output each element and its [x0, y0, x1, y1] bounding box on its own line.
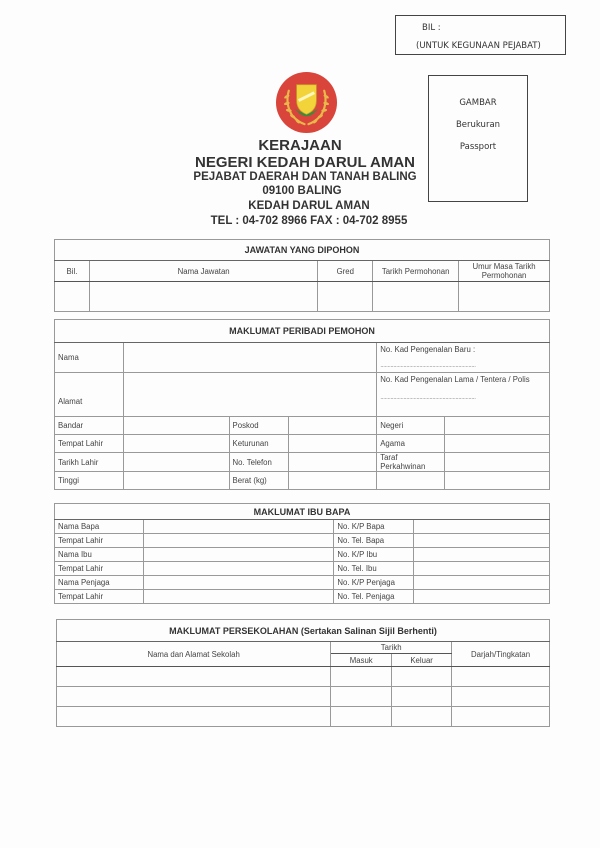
peribadi-table: MAKLUMAT PERIBADI PEMOHON Nama No. Kad P…	[54, 319, 550, 490]
input-masuk-2[interactable]	[331, 687, 392, 707]
label-nama: Nama	[55, 343, 124, 373]
input-taraf-perkahwinan[interactable]	[445, 453, 550, 472]
col-gred: Gred	[318, 261, 373, 282]
header-contact: TEL : 04-702 8966 FAX : 04-702 8955	[158, 213, 460, 229]
ic-baru-dots: ........................................…	[380, 362, 546, 369]
input-masuk-1[interactable]	[331, 667, 392, 687]
input-no-telefon[interactable]	[289, 453, 377, 472]
input-nama-bapa[interactable]	[143, 520, 334, 534]
ibubapa-title: MAKLUMAT IBU BAPA	[55, 504, 550, 520]
label-kp-ibu: No. K/P Ibu	[334, 548, 414, 562]
input-tarikh-permohonan[interactable]	[373, 282, 459, 312]
col-bil: Bil.	[55, 261, 90, 282]
label-nama-penjaga: Nama Penjaga	[55, 576, 144, 590]
input-darjah-1[interactable]	[452, 667, 550, 687]
input-darjah-2[interactable]	[452, 687, 550, 707]
kedah-crest-logo	[275, 71, 338, 134]
input-berat[interactable]	[289, 472, 377, 490]
label-nama-ibu: Nama Ibu	[55, 548, 144, 562]
input-nama-ibu[interactable]	[143, 548, 334, 562]
ic-lama-field[interactable]: No. Kad Pengenalan Lama / Tentera / Poli…	[377, 373, 550, 417]
input-bandar[interactable]	[123, 417, 229, 435]
header-line-3: PEJABAT DAERAH DAN TANAH BALING	[150, 171, 460, 184]
persekolahan-title: MAKLUMAT PERSEKOLAHAN (Sertakan Salinan …	[57, 620, 550, 642]
input-masuk-3[interactable]	[331, 707, 392, 727]
label-tinggi: Tinggi	[55, 472, 124, 490]
label-tel-penjaga: No. Tel. Penjaga	[334, 590, 414, 604]
input-bil[interactable]	[55, 282, 90, 312]
label-tempat-lahir: Tempat Lahir	[55, 435, 124, 453]
input-negeri[interactable]	[445, 417, 550, 435]
input-tempat-lahir-penjaga[interactable]	[143, 590, 334, 604]
peribadi-title: MAKLUMAT PERIBADI PEMOHON	[55, 320, 550, 343]
input-kp-penjaga[interactable]	[414, 576, 550, 590]
input-keturunan[interactable]	[289, 435, 377, 453]
input-tempat-lahir-ibu[interactable]	[143, 562, 334, 576]
input-kp-bapa[interactable]	[414, 520, 550, 534]
label-no-telefon: No. Telefon	[229, 453, 289, 472]
label-poskod: Poskod	[229, 417, 289, 435]
label-tempat-lahir-ibu: Tempat Lahir	[55, 562, 144, 576]
input-gred[interactable]	[318, 282, 373, 312]
label-tarikh-lahir: Tarikh Lahir	[55, 453, 124, 472]
header-line-5: KEDAH DARUL AMAN	[158, 199, 460, 213]
label-agama: Agama	[377, 435, 445, 453]
input-keluar-2[interactable]	[392, 687, 452, 707]
header-line-4: 09100 BALING	[144, 184, 460, 199]
office-use-box: BIL : (UNTUK KEGUNAAN PEJABAT)	[395, 15, 566, 55]
label-ic-lama: No. Kad Pengenalan Lama / Tentera / Poli…	[380, 375, 529, 384]
input-nama-jawatan[interactable]	[89, 282, 317, 312]
input-nama[interactable]	[123, 343, 376, 373]
label-alamat: Alamat	[55, 373, 124, 417]
bil-label: BIL :	[422, 23, 441, 33]
empty-input-cell[interactable]	[445, 472, 550, 490]
input-sekolah-2[interactable]	[57, 687, 331, 707]
jawatan-table: JAWATAN YANG DIPOHON Bil. Nama Jawatan G…	[54, 239, 550, 312]
input-agama[interactable]	[445, 435, 550, 453]
input-darjah-3[interactable]	[452, 707, 550, 727]
input-sekolah-1[interactable]	[57, 667, 331, 687]
photo-label-1: GAMBAR	[429, 76, 527, 114]
input-alamat[interactable]	[123, 373, 376, 417]
input-keluar-3[interactable]	[392, 707, 452, 727]
ibubapa-table: MAKLUMAT IBU BAPA Nama Bapa No. K/P Bapa…	[54, 503, 550, 604]
input-tel-penjaga[interactable]	[414, 590, 550, 604]
photo-label-2: Berukuran	[429, 114, 527, 136]
col-umur: Umur Masa Tarikh Permohonan	[459, 261, 550, 282]
label-tel-ibu: No. Tel. Ibu	[334, 562, 414, 576]
input-poskod[interactable]	[289, 417, 377, 435]
col-tarikh: Tarikh	[331, 642, 452, 654]
label-tempat-lahir-penjaga: Tempat Lahir	[55, 590, 144, 604]
office-use-note: (UNTUK KEGUNAAN PEJABAT)	[416, 41, 541, 51]
label-taraf-perkahwinan: Taraf Perkahwinan	[377, 453, 445, 472]
input-keluar-1[interactable]	[392, 667, 452, 687]
empty-label-cell	[377, 472, 445, 490]
input-kp-ibu[interactable]	[414, 548, 550, 562]
input-umur[interactable]	[459, 282, 550, 312]
ic-lama-dots: ........................................…	[380, 394, 546, 401]
label-ic-baru: No. Kad Pengenalan Baru :	[380, 345, 475, 354]
input-sekolah-3[interactable]	[57, 707, 331, 727]
jawatan-title: JAWATAN YANG DIPOHON	[55, 240, 550, 261]
label-tempat-lahir-bapa: Tempat Lahir	[55, 534, 144, 548]
input-tempat-lahir-bapa[interactable]	[143, 534, 334, 548]
col-nama-alamat-sekolah: Nama dan Alamat Sekolah	[57, 642, 331, 667]
ic-baru-field[interactable]: No. Kad Pengenalan Baru : ..............…	[377, 343, 550, 373]
label-kp-bapa: No. K/P Bapa	[334, 520, 414, 534]
label-bandar: Bandar	[55, 417, 124, 435]
input-tempat-lahir[interactable]	[123, 435, 229, 453]
input-tarikh-lahir[interactable]	[123, 453, 229, 472]
label-keturunan: Keturunan	[229, 435, 289, 453]
persekolahan-table: MAKLUMAT PERSEKOLAHAN (Sertakan Salinan …	[56, 619, 550, 727]
input-tel-bapa[interactable]	[414, 534, 550, 548]
col-keluar: Keluar	[392, 654, 452, 667]
col-masuk: Masuk	[331, 654, 392, 667]
label-tel-bapa: No. Tel. Bapa	[334, 534, 414, 548]
input-nama-penjaga[interactable]	[143, 576, 334, 590]
input-tinggi[interactable]	[123, 472, 229, 490]
letterhead: KERAJAAN NEGERI KEDAH DARUL AMAN PEJABAT…	[150, 138, 460, 229]
header-line-1: KERAJAAN	[140, 138, 460, 154]
col-tarikh-permohonan: Tarikh Permohonan	[373, 261, 459, 282]
col-nama-jawatan: Nama Jawatan	[89, 261, 317, 282]
header-line-2: NEGERI KEDAH DARUL AMAN	[150, 154, 460, 171]
col-darjah: Darjah/Tingkatan	[452, 642, 550, 667]
label-nama-bapa: Nama Bapa	[55, 520, 144, 534]
input-tel-ibu[interactable]	[414, 562, 550, 576]
label-negeri: Negeri	[377, 417, 445, 435]
label-berat: Berat (kg)	[229, 472, 289, 490]
label-kp-penjaga: No. K/P Penjaga	[334, 576, 414, 590]
